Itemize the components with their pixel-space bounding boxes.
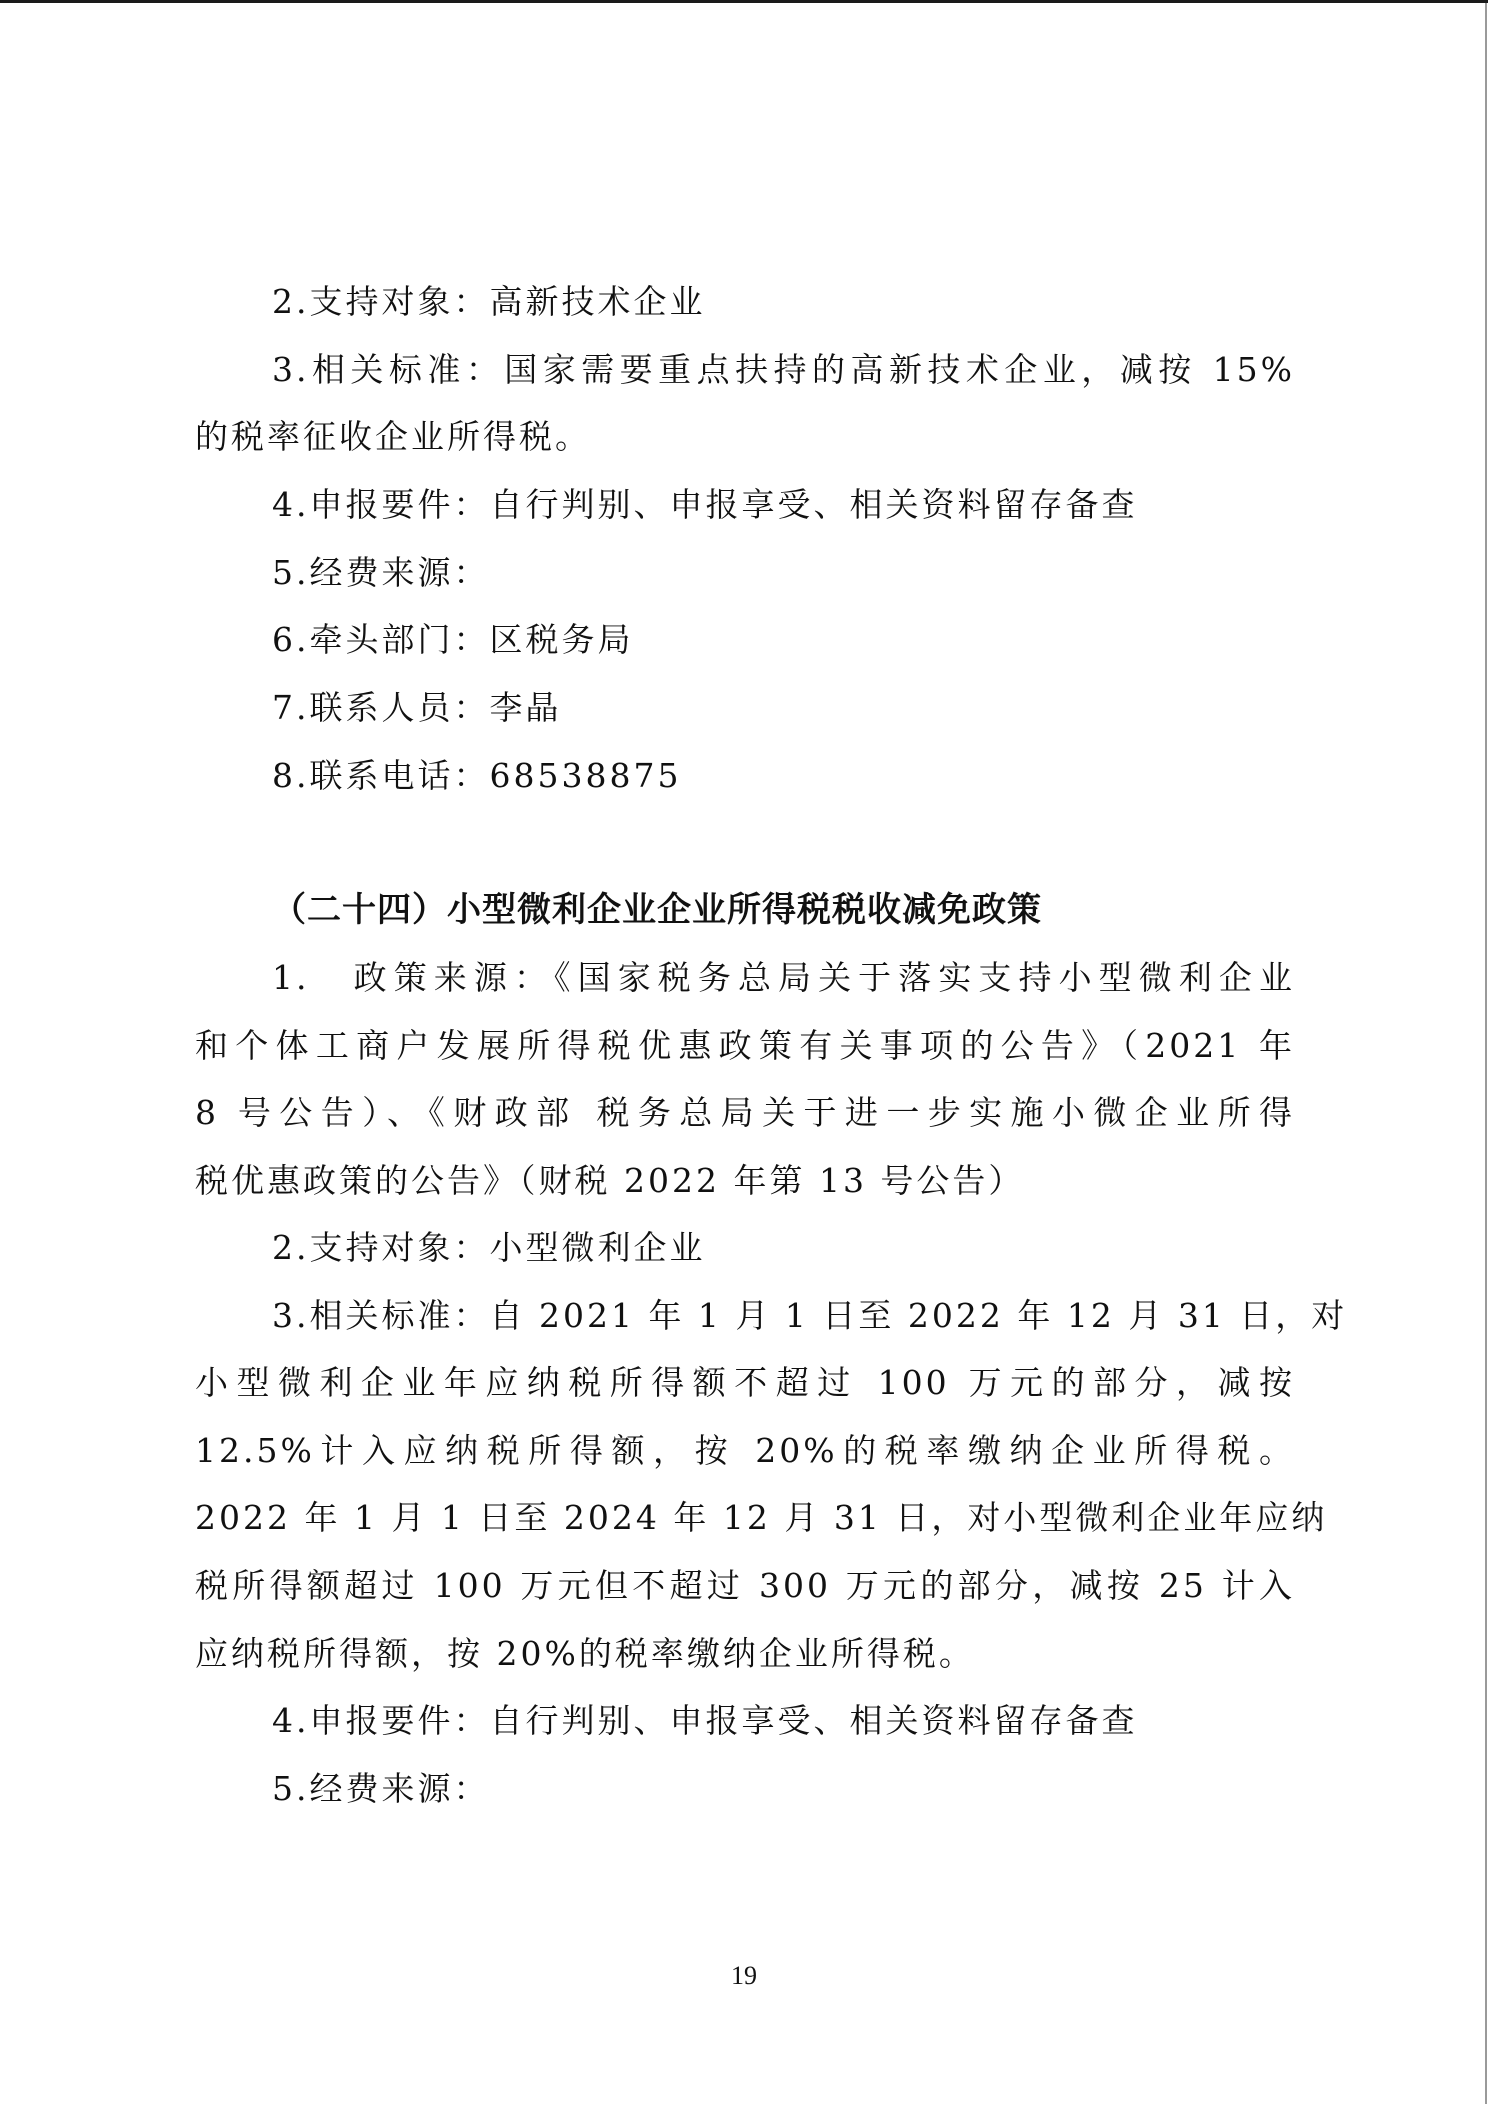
criteria-line5: 税所得额超过 100 万元但不超过 300 万元的部分，减按 25 计入: [195, 1564, 1295, 1608]
prev-contact-phone: 8.联系电话：68538875: [272, 754, 1295, 798]
criteria-line1: 3.相关标准：自 2021 年 1 月 1 日至 2022 年 12 月 31 …: [272, 1294, 1295, 1338]
criteria-line2: 小型微利企业年应纳税所得额不超过 100 万元的部分，减按: [195, 1361, 1295, 1405]
document-page: 2.支持对象：高新技术企业 3.相关标准：国家需要重点扶持的高新技术企业，减按 …: [0, 0, 1488, 2104]
application: 4.申报要件：自行判别、申报享受、相关资料留存备查: [272, 1699, 1295, 1743]
policy-source-line4: 税优惠政策的公告》（财税 2022 年第 13 号公告）: [195, 1159, 1295, 1203]
section-heading: （二十四）小型微利企业企业所得税税收减免政策: [272, 888, 1042, 932]
page-number: 19: [704, 1960, 784, 1992]
policy-source-line1: 1. 政策来源：《国家税务总局关于落实支持小型微利企业: [272, 956, 1295, 1000]
policy-source-line2: 和个体工商户发展所得税优惠政策有关事项的公告》（2021 年: [195, 1024, 1295, 1068]
prev-funding-source: 5.经费来源：: [272, 551, 1295, 595]
prev-criteria-line1: 3.相关标准：国家需要重点扶持的高新技术企业，减按 15%: [272, 348, 1295, 392]
prev-support-target: 2.支持对象：高新技术企业: [272, 280, 1295, 324]
criteria-line3: 12.5%计入应纳税所得额，按 20%的税率缴纳企业所得税。: [195, 1429, 1295, 1473]
funding-source: 5.经费来源：: [272, 1767, 1295, 1811]
support-target: 2.支持对象：小型微利企业: [272, 1226, 1295, 1270]
prev-contact-person: 7.联系人员：李晶: [272, 686, 1295, 730]
prev-application: 4.申报要件：自行判别、申报享受、相关资料留存备查: [272, 483, 1295, 527]
policy-source-line3: 8 号公告）、《财政部 税务总局关于进一步实施小微企业所得: [195, 1091, 1295, 1135]
criteria-line4: 2022 年 1 月 1 日至 2024 年 12 月 31 日，对小型微利企业…: [195, 1496, 1295, 1540]
criteria-line6: 应纳税所得额，按 20%的税率缴纳企业所得税。: [195, 1632, 1295, 1676]
prev-lead-department: 6.牵头部门：区税务局: [272, 618, 1295, 662]
prev-criteria-line2: 的税率征收企业所得税。: [195, 415, 1295, 459]
